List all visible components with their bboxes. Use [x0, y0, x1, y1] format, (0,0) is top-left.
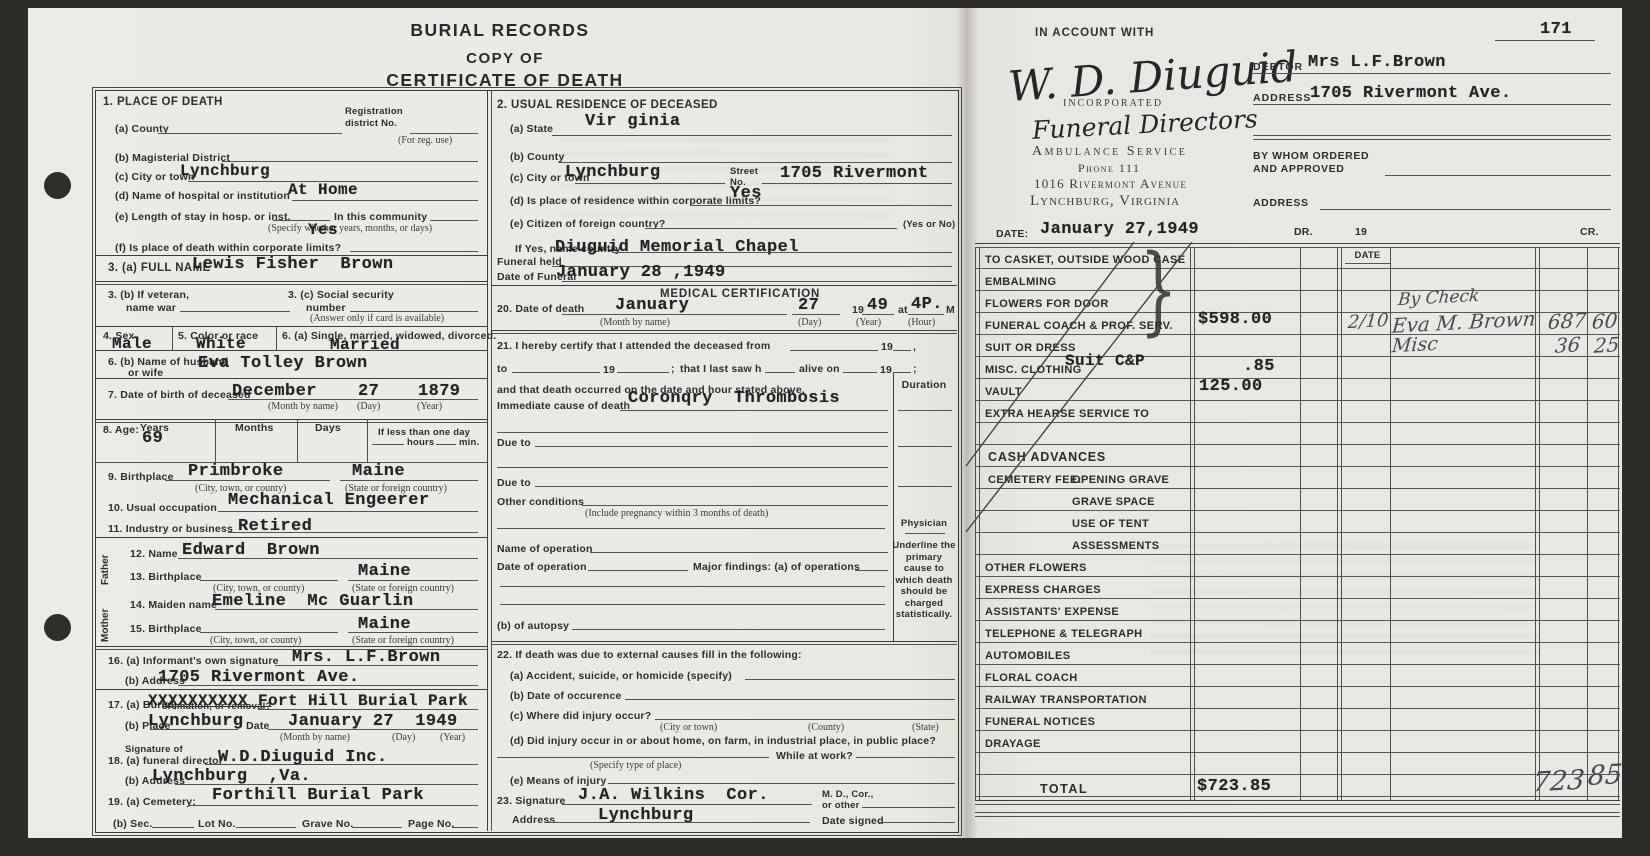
rule-line [898, 410, 952, 411]
rule-line [1320, 209, 1611, 210]
rule-line [258, 709, 478, 710]
birthplace-state-value: Maine [352, 462, 405, 481]
semicolon: ; [671, 363, 675, 375]
age-days-label: Days [315, 422, 341, 434]
ledger-item-label: FUNERAL NOTICES [985, 716, 1095, 728]
rule-line [843, 372, 877, 373]
rule-vline [487, 90, 488, 831]
ledger-item-label: SUIT OR DRESS [985, 342, 1076, 354]
md-cor-label: M. D., Cor., [822, 789, 874, 800]
printed-19: 19 [603, 364, 615, 376]
answer-only-note: (Answer only if card is available) [310, 313, 444, 324]
ambulance-service-label: Ambulance Service [1032, 144, 1187, 160]
ledger-item-label: EXTRA HEARSE SERVICE TO [985, 408, 1149, 420]
of-autopsy-label: (b) of autopsy [497, 620, 569, 632]
rule-vline [367, 419, 368, 462]
ledger-item-label: FLORAL COACH [985, 672, 1078, 684]
ledger-item-label: DRAYAGE [985, 738, 1041, 750]
state-foreign-note: (State or foreign country) [352, 635, 454, 646]
debtor-label: DEBTOR [1253, 61, 1303, 73]
to-label: to [497, 363, 507, 375]
rule-line [491, 330, 957, 331]
rule-vline [1618, 247, 1619, 800]
rule-line [188, 805, 478, 806]
rule-line [158, 133, 342, 134]
father-name-label: 12. Name [130, 548, 178, 560]
phone-label: Phone 111 [1078, 161, 1141, 176]
rule-line [497, 528, 885, 529]
rule-line [1253, 139, 1611, 140]
rule-line [180, 311, 290, 312]
rule-vline [276, 326, 277, 350]
rule-line [575, 183, 725, 184]
year-note: (Year) [417, 401, 442, 412]
rule-vline [1194, 247, 1195, 800]
full-name-value: Lewis Fisher Brown [192, 255, 393, 274]
rule-vline [491, 90, 492, 831]
date-occurence-label: (b) Date of occurence [510, 690, 622, 702]
in-this-community-label: In this community [334, 211, 427, 223]
birthplace-label: 9. Birthplace [108, 471, 174, 483]
page-subtitle2: CERTIFICATE OF DEATH [335, 70, 675, 91]
mother-side-label: Mother [100, 598, 111, 642]
funeral-date-value: January 28 ,1949 [556, 263, 726, 282]
rule-line [150, 729, 238, 730]
state-label: (a) State [510, 123, 553, 135]
rule-vline [1539, 247, 1540, 800]
social-security-label: 3. (c) Social security [288, 289, 394, 301]
rule-line [512, 372, 600, 373]
total-credit-cents: 85 [1587, 759, 1624, 792]
account-number: 171 [1540, 20, 1572, 39]
ledger-subitem-label: OPENING GRAVE [1072, 474, 1169, 486]
rule-line [275, 665, 478, 666]
rule-line [562, 804, 812, 805]
rule-vline [979, 247, 980, 800]
m-label: M [946, 304, 955, 316]
ledger-item-label: RAILWAY TRANSPORTATION [985, 694, 1147, 706]
state-note: (State) [912, 722, 939, 733]
rule-vline [1587, 247, 1588, 800]
rule-line [562, 314, 787, 315]
rule-line [1253, 104, 1611, 105]
rule-line [572, 629, 885, 630]
rule-line [218, 511, 478, 512]
ordered-address-label: ADDRESS [1253, 197, 1309, 209]
rule-line [590, 552, 888, 553]
last-saw-label: that I last saw h [680, 363, 762, 375]
cr-column-header: CR. [1580, 226, 1599, 238]
rule-line [1253, 73, 1611, 74]
rule-line [645, 228, 897, 229]
funeral-director-label: 18. (a) funeral director [108, 755, 223, 767]
total-credit: 723 [1532, 765, 1586, 799]
cash-advances-heading: CASH ADVANCES [988, 450, 1106, 464]
father-side-label: Father [100, 545, 111, 585]
age-label: 8. Age: [103, 424, 139, 436]
debtor-value: Mrs L.F.Brown [1308, 53, 1446, 72]
father-birthplace-value: Maine [358, 562, 411, 581]
rule-line [497, 467, 888, 468]
credit-amount: 687 [1547, 308, 1587, 334]
father-birthplace-label: 13. Birthplace [130, 571, 202, 583]
rule-line [205, 764, 478, 765]
date-of-operation-label: Date of operation [497, 561, 587, 573]
for-reg-use-note: (For reg. use) [398, 135, 452, 146]
rule-line [855, 570, 888, 571]
death-day-value: 27 [798, 296, 819, 315]
cemetery-label: 19. (a) Cemetery: [108, 796, 196, 808]
printed-19: 19 [880, 364, 892, 376]
rule-line [95, 646, 487, 647]
rule-line [165, 480, 330, 481]
sec-label: (b) Sec. [113, 818, 153, 830]
rule-line [655, 719, 955, 720]
accident-label: (a) Accident, suicide, or homicide (spec… [510, 670, 732, 682]
rule-line [692, 205, 952, 206]
rule-line [975, 800, 1620, 801]
rule-line [348, 580, 478, 581]
street-label: Street [730, 166, 758, 177]
rule-line [862, 807, 955, 808]
cemetery-value: Forthill Burial Park [212, 786, 424, 805]
funeral-held-value: Diuguid Memorial Chapel [555, 238, 799, 257]
marital-value: Married [330, 336, 400, 354]
state-value: Vir ginia [585, 112, 680, 131]
due-to-label: Due to [497, 477, 531, 489]
age-years-value: 69 [142, 429, 163, 448]
day-note: (Day) [798, 317, 821, 328]
rule-line [975, 816, 1620, 817]
at-label: at [898, 304, 908, 316]
rule-line [95, 378, 487, 379]
where-injury-label: (c) Where did injury occur? [510, 710, 651, 722]
ledger-item-label: OTHER FLOWERS [985, 562, 1087, 574]
rule-line [95, 281, 487, 282]
ledger-item-label: EXPRESS CHARGES [985, 584, 1101, 596]
corporate-limits-value: Yes [308, 221, 338, 239]
rule-line [535, 446, 888, 447]
rule-vline [297, 419, 298, 462]
rule-line [352, 827, 402, 828]
page-title: BURIAL RECORDS [330, 20, 670, 41]
yes-or-no-note: (Yes or No) [903, 219, 955, 230]
ledger-item-label: VAULT [985, 386, 1022, 398]
rule-line [548, 822, 810, 823]
page-subtitle: COPY OF [335, 50, 675, 67]
corporate-limits-label: (f) Is place of death within corporate l… [115, 242, 341, 254]
ledger-item-label: FLOWERS FOR DOOR [985, 298, 1109, 310]
rule-line [975, 243, 1620, 244]
rule-line [893, 350, 911, 351]
rule-line [790, 350, 878, 351]
district-no-label: district No. [345, 118, 397, 129]
street-value: 1705 Rivermont [780, 164, 928, 183]
occupation-value: Mechanical Engeerer [228, 491, 429, 510]
rule-line [350, 311, 478, 312]
rule-line [975, 804, 1620, 805]
punch-hole [44, 172, 71, 199]
rule-vline [172, 326, 173, 350]
mother-birthplace-label: 15. Birthplace [130, 623, 202, 635]
rule-line [200, 632, 338, 633]
major-findings-label: Major findings: (a) of operations [693, 561, 860, 573]
rule-line [905, 533, 945, 534]
res-county-label: (b) County [510, 151, 565, 163]
rule-line [175, 784, 478, 785]
rule-line [898, 486, 952, 487]
rule-line [497, 757, 769, 758]
rule-line [491, 333, 957, 334]
year-note: (Year) [440, 732, 465, 743]
length-of-stay-label: (e) Length of stay in hosp. or inst. [115, 211, 291, 223]
informant-label: 16. (a) Informant's own signature [108, 655, 279, 667]
rule-line [1495, 40, 1595, 41]
page-fold-shadow [956, 8, 978, 838]
debtor-address-label: ADDRESS [1253, 92, 1311, 104]
min-label: min. [459, 437, 479, 448]
ledger-date-label: DATE: [996, 228, 1028, 240]
grave-no-label: Grave No. [302, 818, 353, 830]
ledger-subitem-label: GRAVE SPACE [1072, 496, 1155, 508]
rule-vline [1300, 247, 1301, 800]
or-other-label: or other [822, 800, 860, 811]
rule-line [588, 570, 688, 571]
death-hour-value: 4P. [911, 295, 943, 314]
ledger-item-label: EMBALMING [985, 276, 1056, 288]
rule-line [792, 314, 840, 315]
physician-label: Physician [893, 518, 955, 529]
signature-label: 23. Signature [497, 795, 566, 807]
city-town-county-note: (City, town, or county) [210, 635, 301, 646]
usual-residence-heading: 2. USUAL RESIDENCE OF DECEASED [497, 99, 718, 111]
page-no-label: Page No. [408, 818, 455, 830]
rule-line [582, 505, 888, 506]
rule-line [95, 689, 487, 690]
death-year-value: 49 [867, 296, 888, 315]
scanned-burial-record: BURIAL RECORDS COPY OF CERTIFICATE OF DE… [0, 0, 1650, 856]
in-account-with-label: IN ACCOUNT WITH [1035, 27, 1154, 39]
ledger-item-label: CEMETERY FEE: [988, 474, 1082, 486]
rule-line [268, 729, 478, 730]
rule-line [1253, 135, 1611, 136]
rule-line [178, 558, 478, 559]
rule-line [552, 135, 952, 136]
comma: , [913, 341, 916, 353]
incorporated-label: INCORPORATED [1063, 98, 1163, 109]
mother-maiden-label: 14. Maiden name [130, 599, 217, 611]
rule-line [562, 281, 952, 282]
debtor-address-value: 1705 Rivermont Ave. [1310, 84, 1511, 103]
rule-line [535, 486, 888, 487]
month-by-name-note: (Month by name) [600, 317, 670, 328]
veteran-label: 3. (b) If veteran, [108, 289, 189, 301]
industry-label: 11. Industry or business [108, 523, 233, 535]
payer-name: Misc [1391, 333, 1439, 358]
dr-column-header: DR. [1294, 226, 1313, 238]
rule-vline [1341, 247, 1342, 800]
rule-line [292, 200, 478, 201]
semicolon: ; [913, 363, 917, 375]
rule-line [491, 285, 957, 286]
registration-label: Registration [345, 106, 403, 117]
industry-value: Retired [238, 517, 312, 536]
city-or-town-note: (City or town) [660, 722, 717, 733]
printed-19: 19 [881, 341, 893, 353]
rule-line [95, 284, 487, 285]
burial-value: XXXXXXXXXX Fort Hill Burial Park [148, 692, 468, 710]
rule-line [215, 609, 478, 610]
year-column-header: 19 [1355, 226, 1367, 238]
name-war-label: name war [126, 302, 176, 314]
misc-clothing-debit: .85 [1243, 357, 1275, 376]
rule-line [625, 699, 955, 700]
death-month-value: January [615, 296, 689, 315]
rule-line [452, 827, 478, 828]
ledger-subitem-label: USE OF TENT [1072, 518, 1149, 530]
date-signed-label: Date signed [822, 815, 884, 827]
and-approved-label: AND APPROVED [1253, 163, 1344, 175]
rule-line [765, 372, 795, 373]
rule-line [975, 812, 1620, 813]
county-note: (County) [808, 722, 844, 733]
rule-line [152, 827, 194, 828]
rule-line [491, 641, 957, 642]
injury-home-label: (d) Did injury occur in or about home, o… [510, 735, 936, 747]
rule-vline [1190, 247, 1191, 800]
alive-on-label: alive on [799, 363, 840, 375]
rule-line [348, 632, 478, 633]
rule-line [350, 251, 478, 252]
age-months-label: Months [235, 422, 274, 434]
rule-line [372, 444, 404, 445]
rule-line [612, 252, 952, 253]
specify-note: (Specify whether years, months, or days) [268, 223, 432, 234]
cause-of-death-label: Immediate cause of death [497, 400, 630, 412]
rule-line [745, 679, 955, 680]
cause-of-death-value: Coronqry Thrombosis [628, 389, 840, 408]
rule-vline [215, 419, 216, 462]
hospital-label: (d) Name of hospital or institution [115, 190, 290, 202]
ledger-subitem-label: ASSESSMENTS [1072, 540, 1160, 552]
rule-line [491, 644, 957, 645]
rule-line [95, 537, 487, 538]
rule-line [95, 326, 487, 327]
total-debit: $723.85 [1197, 777, 1271, 796]
rule-line [1385, 175, 1611, 176]
day-note: (Day) [357, 401, 380, 412]
rule-line [436, 444, 456, 445]
total-label: TOTAL [1040, 782, 1088, 796]
credit-amount: 36 [1554, 332, 1582, 357]
punch-hole [44, 614, 71, 641]
company-address1: 1016 Rivermont Avenue [1034, 176, 1187, 192]
rule-line [762, 183, 952, 184]
rule-line [200, 580, 338, 581]
other-conditions-label: Other conditions [497, 496, 584, 508]
birthplace-city-value: Primbroke [188, 462, 283, 481]
res-city-value: Lynchburg [565, 163, 660, 182]
grouping-brace: } [1140, 244, 1178, 336]
sig-address-label: Address [512, 814, 555, 826]
signature-value: J.A. Wilkins Cor. [578, 786, 769, 805]
burial-date-label: Date [246, 720, 270, 732]
rule-vline [1337, 247, 1338, 800]
rule-line [893, 372, 911, 373]
rule-line [608, 783, 955, 784]
duration-label: Duration [893, 379, 955, 391]
place-of-death-heading: 1. PLACE OF DEATH [103, 96, 223, 108]
rule-line [340, 480, 478, 481]
rule-line [95, 350, 487, 351]
external-causes-heading: 22. If death was due to external causes … [497, 649, 802, 661]
rule-line [500, 586, 885, 587]
payment-date: 2/10 [1347, 310, 1389, 333]
res-corporate-value: Yes [730, 184, 762, 203]
lot-no-label: Lot No. [198, 818, 236, 830]
rule-line [95, 419, 487, 420]
rule-line [497, 432, 888, 433]
rule-vline [1535, 247, 1536, 800]
month-by-name-note: (Month by name) [268, 401, 338, 412]
month-by-name-note: (Month by name) [280, 732, 350, 743]
rule-line [898, 446, 952, 447]
rule-line [410, 133, 478, 134]
specify-place-note: (Specify type of place) [590, 760, 681, 771]
hours-label: hours [407, 437, 434, 448]
ledger-item-label: TELEPHONE & TELEGRAPH [985, 628, 1143, 640]
rule-line [620, 410, 888, 411]
rule-line [500, 604, 885, 605]
rule-line [430, 220, 478, 221]
hour-note: (Hour) [908, 317, 935, 328]
day-note: (Day) [392, 732, 415, 743]
signature-of-label: Signature of [125, 744, 183, 755]
physician-note: Underline the primary cause to which dea… [891, 540, 957, 621]
ledger-item-label: ASSISTANTS' EXPENSE [985, 606, 1119, 618]
due-to-label: Due to [497, 437, 531, 449]
credit-cents: 25 [1593, 332, 1621, 357]
credit-cents: 60 [1591, 308, 1619, 333]
vault-debit: 125.00 [1199, 377, 1263, 396]
rule-line [178, 685, 478, 686]
rule-line [908, 314, 944, 315]
funeral-coach-debit: $598.00 [1198, 310, 1272, 329]
rule-line [856, 757, 955, 758]
rule-line [228, 532, 478, 533]
company-address2: Lynchburg, Virginia [1030, 193, 1180, 210]
occupation-label: 10. Usual occupation [108, 502, 217, 514]
while-at-work-label: While at work? [776, 750, 853, 762]
ledger-item-label: AUTOMOBILES [985, 650, 1070, 662]
by-whom-ordered-label: BY WHOM ORDERED [1253, 150, 1369, 162]
rule-line [617, 372, 669, 373]
citizen-label: (e) Citizen of foreign country? [510, 218, 666, 230]
spouse-value: Eva Tolley Brown [198, 354, 368, 373]
rule-line [236, 827, 296, 828]
city-or-town-value: Lynchburg [180, 162, 270, 180]
certify-line1: 21. I hereby certify that I attended the… [497, 340, 770, 352]
pregnancy-note: (Include pregnancy within 3 months of de… [585, 508, 768, 519]
rule-line [878, 822, 955, 823]
rule-line [228, 399, 478, 400]
misc-clothing-note: Suit C&P [1065, 352, 1145, 370]
hospital-value: At Home [288, 181, 358, 199]
rule-line [95, 462, 487, 463]
rule-line [862, 314, 894, 315]
year-note: (Year) [856, 317, 881, 328]
name-of-operation-label: Name of operation [497, 543, 593, 555]
